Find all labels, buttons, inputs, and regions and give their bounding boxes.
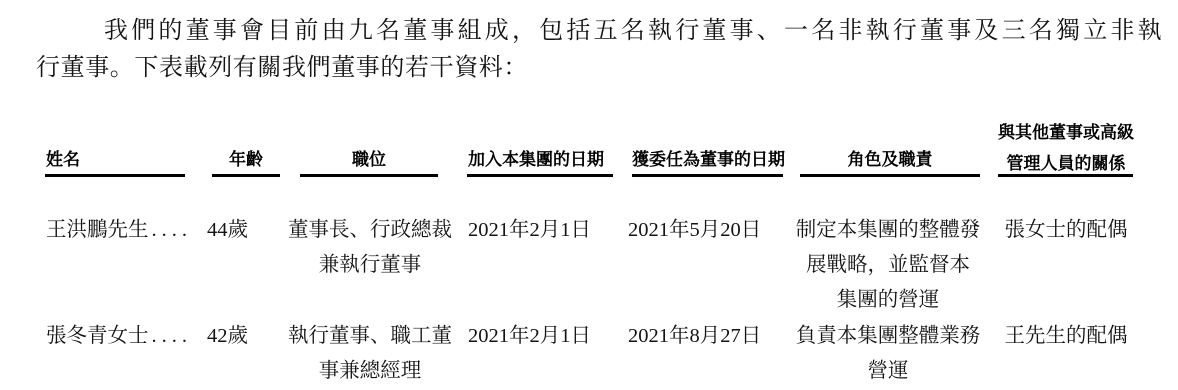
cell-roles-line-2: 營運 xyxy=(794,354,982,389)
column-header-appointed-date: 獲委任為董事的日期 xyxy=(632,149,785,170)
cell-position-line-1: 董事長、行政總裁 xyxy=(285,213,455,248)
cell-appointed-date: 2021年5月20日 xyxy=(628,213,761,248)
header-rule-age xyxy=(212,174,280,177)
header-rule-joined-date xyxy=(467,174,613,177)
dot-leader: .... xyxy=(152,325,193,347)
cell-age: 44歲 xyxy=(207,213,248,248)
cell-position: 執行董事、職工董 事兼總經理 xyxy=(285,319,455,389)
cell-appointed-date: 2021年8月27日 xyxy=(628,319,761,354)
header-rule-appointed-date xyxy=(632,174,783,177)
cell-position-line-2: 事兼總經理 xyxy=(285,354,455,389)
column-header-relationship-line-1: 與其他董事或高級 xyxy=(996,117,1136,148)
header-rule-position xyxy=(300,174,438,177)
header-rule-name xyxy=(45,174,185,177)
cell-roles-line-2: 展戰略，並監督本 xyxy=(794,248,982,283)
cell-joined-date: 2021年2月1日 xyxy=(468,319,591,354)
header-rule-roles xyxy=(800,174,980,177)
cell-roles-line-1: 負責本集團整體業務 xyxy=(794,319,982,354)
cell-roles-line-1: 制定本集團的整體發 xyxy=(794,213,982,248)
column-header-age: 年齡 xyxy=(212,149,280,170)
cell-relationship: 張女士的配偶 xyxy=(998,213,1134,248)
column-header-position: 職位 xyxy=(300,149,438,170)
cell-roles: 制定本集團的整體發 展戰略，並監督本 集團的營運 xyxy=(794,213,982,318)
cell-roles: 負責本集團整體業務 營運 xyxy=(794,319,982,389)
cell-roles-line-3: 集團的營運 xyxy=(794,283,982,318)
prospectus-directors-page: 我們的董事會目前由九名董事組成，包括五名執行董事、一名非執行董事及三名獨立非執 … xyxy=(0,0,1178,390)
header-rule-relationship xyxy=(998,174,1133,177)
column-header-relationship: 與其他董事或高級 管理人員的關係 xyxy=(996,117,1136,179)
cell-name: 王洪鵬先生.... xyxy=(46,213,192,248)
column-header-name: 姓名 xyxy=(46,149,80,170)
intro-line-2: 行董事。下表載列有關我們董事的若干資料： xyxy=(36,53,528,83)
director-name: 張冬青女士 xyxy=(46,325,149,347)
dot-leader: .... xyxy=(152,219,193,241)
cell-age: 42歲 xyxy=(207,319,248,354)
cell-name: 張冬青女士.... xyxy=(46,319,192,354)
cell-position-line-1: 執行董事、職工董 xyxy=(285,319,455,354)
column-header-roles: 角色及職責 xyxy=(800,149,980,170)
director-name: 王洪鵬先生 xyxy=(46,219,149,241)
intro-line-1: 我們的董事會目前由九名董事組成，包括五名執行董事、一名非執行董事及三名獨立非執 xyxy=(104,16,1165,46)
cell-relationship: 王先生的配偶 xyxy=(998,319,1134,354)
column-header-joined-date: 加入本集團的日期 xyxy=(468,149,604,170)
cell-joined-date: 2021年2月1日 xyxy=(468,213,591,248)
cell-position-line-2: 兼執行董事 xyxy=(285,248,455,283)
cell-position: 董事長、行政總裁 兼執行董事 xyxy=(285,213,455,283)
